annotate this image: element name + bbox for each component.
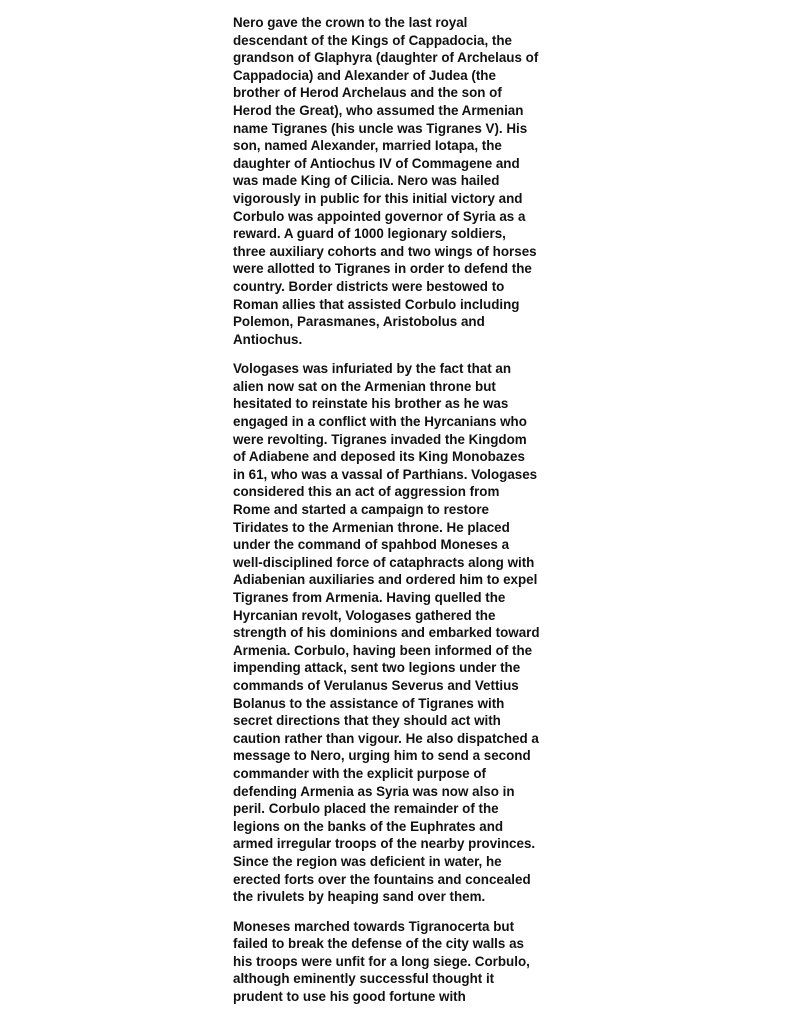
- text-line: secret directions that they should act w…: [233, 712, 565, 730]
- text-line: peril. Corbulo placed the remainder of t…: [233, 800, 565, 818]
- text-line: message to Nero, urging him to send a se…: [233, 747, 565, 765]
- text-line: Roman allies that assisted Corbulo inclu…: [233, 296, 565, 314]
- text-line: Hyrcanian revolt, Vologases gathered the: [233, 607, 565, 625]
- text-line: Since the region was deficient in water,…: [233, 853, 565, 871]
- text-line: prudent to use his good fortune with: [233, 988, 565, 1006]
- text-line: engaged in a conflict with the Hyrcanian…: [233, 413, 565, 431]
- text-line: Adiabenian auxiliaries and ordered him t…: [233, 571, 565, 589]
- text-line: commander with the explicit purpose of: [233, 765, 565, 783]
- text-line: daughter of Antiochus IV of Commagene an…: [233, 155, 565, 173]
- paragraph-3: Moneses marched towards Tigranocerta but…: [233, 918, 565, 1006]
- text-line: hesitated to reinstate his brother as he…: [233, 395, 565, 413]
- text-line: name Tigranes (his uncle was Tigranes V)…: [233, 120, 565, 138]
- paragraph-2: Vologases was infuriated by the fact tha…: [233, 360, 565, 905]
- text-line: Rome and started a campaign to restore: [233, 501, 565, 519]
- text-line: caution rather than vigour. He also disp…: [233, 730, 565, 748]
- text-line: under the command of spahbod Moneses a: [233, 536, 565, 554]
- text-line: the rivulets by heaping sand over them.: [233, 888, 565, 906]
- text-line: erected forts over the fountains and con…: [233, 871, 565, 889]
- text-line: grandson of Glaphyra (daughter of Archel…: [233, 49, 565, 67]
- text-line: failed to break the defense of the city …: [233, 935, 565, 953]
- text-line: of Adiabene and deposed its King Monobaz…: [233, 448, 565, 466]
- document-body: Nero gave the crown to the last royal de…: [233, 14, 565, 1018]
- text-line: were revolting. Tigranes invaded the Kin…: [233, 431, 565, 449]
- text-line: son, named Alexander, married Iotapa, th…: [233, 137, 565, 155]
- text-line: country. Border districts were bestowed …: [233, 278, 565, 296]
- text-line: Herod the Great), who assumed the Armeni…: [233, 102, 565, 120]
- text-line: descendant of the Kings of Cappadocia, t…: [233, 32, 565, 50]
- text-line: three auxiliary cohorts and two wings of…: [233, 243, 565, 261]
- text-line: Tigranes from Armenia. Having quelled th…: [233, 589, 565, 607]
- text-line: strength of his dominions and embarked t…: [233, 624, 565, 642]
- text-line: Bolanus to the assistance of Tigranes wi…: [233, 695, 565, 713]
- text-line: in 61, who was a vassal of Parthians. Vo…: [233, 466, 565, 484]
- text-line: Cappadocia) and Alexander of Judea (the: [233, 67, 565, 85]
- text-line: vigorously in public for this initial vi…: [233, 190, 565, 208]
- paragraph-1: Nero gave the crown to the last royal de…: [233, 14, 565, 348]
- text-line: Polemon, Parasmanes, Aristobolus and: [233, 313, 565, 331]
- text-line: commands of Verulanus Severus and Vettiu…: [233, 677, 565, 695]
- text-line: well-disciplined force of cataphracts al…: [233, 554, 565, 572]
- text-line: his troops were unfit for a long siege. …: [233, 953, 565, 971]
- text-line: reward. A guard of 1000 legionary soldie…: [233, 225, 565, 243]
- text-line: Corbulo was appointed governor of Syria …: [233, 208, 565, 226]
- text-line: were allotted to Tigranes in order to de…: [233, 260, 565, 278]
- text-line: defending Armenia as Syria was now also …: [233, 783, 565, 801]
- text-line: impending attack, sent two legions under…: [233, 659, 565, 677]
- text-line: considered this an act of aggression fro…: [233, 483, 565, 501]
- text-line: Nero gave the crown to the last royal: [233, 14, 565, 32]
- text-line: although eminently successful thought it: [233, 970, 565, 988]
- text-line: Antiochus.: [233, 331, 565, 349]
- text-line: Tiridates to the Armenian throne. He pla…: [233, 519, 565, 537]
- text-line: Vologases was infuriated by the fact tha…: [233, 360, 565, 378]
- text-line: Moneses marched towards Tigranocerta but: [233, 918, 565, 936]
- text-line: armed irregular troops of the nearby pro…: [233, 835, 565, 853]
- text-line: alien now sat on the Armenian throne but: [233, 378, 565, 396]
- text-line: brother of Herod Archelaus and the son o…: [233, 84, 565, 102]
- text-line: Armenia. Corbulo, having been informed o…: [233, 642, 565, 660]
- text-line: was made King of Cilicia. Nero was haile…: [233, 172, 565, 190]
- text-line: legions on the banks of the Euphrates an…: [233, 818, 565, 836]
